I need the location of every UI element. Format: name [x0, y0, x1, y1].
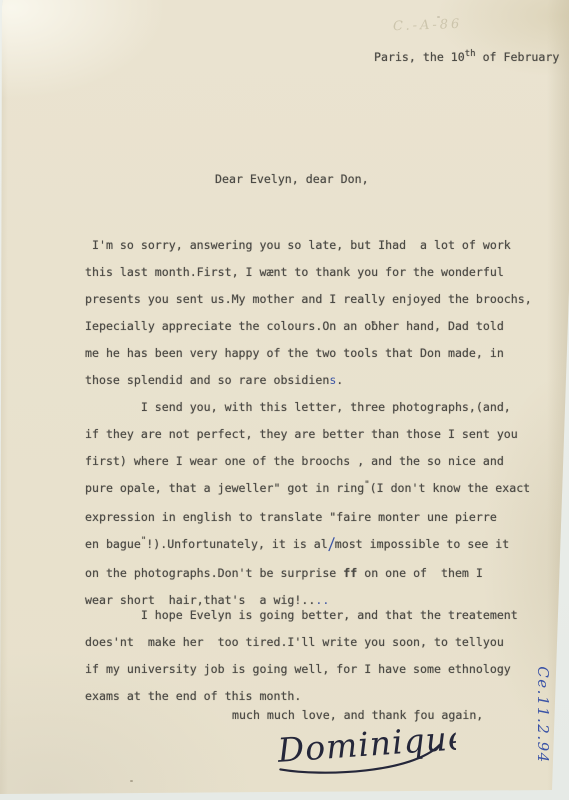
text-line: does'nt make her too tired.I'll write yo…	[85, 629, 518, 656]
text-line: me he has been very happy of the two too…	[85, 340, 532, 367]
text-line: pure opale, that a jeweller" got in ring…	[85, 475, 530, 504]
pencil-annotation: C.-A-86	[393, 17, 463, 34]
paragraph-3: I hope Evelyn is going better, and that …	[85, 602, 518, 710]
text-line: Paris, the 10th of February	[374, 44, 559, 73]
text-line: presents you sent us.My mother and I rea…	[85, 286, 532, 313]
text-line: en bague"!).Unfortunately, it is al/most…	[85, 531, 530, 560]
signature: Dominique	[269, 712, 456, 783]
signature-text: Dominique	[275, 718, 456, 770]
salutation: Dear Evelyn, dear Don,	[215, 166, 369, 193]
text-line: first) where I wear one of the broochs ,…	[85, 448, 530, 475]
text-line: I hope Evelyn is going better, and that …	[85, 602, 518, 629]
dateline: Paris, the 10th of February	[374, 44, 559, 73]
text-line: I send you, with this letter, three phot…	[85, 394, 530, 421]
text-line: expression in english to translate "fair…	[85, 504, 530, 531]
text-line: if my university job is going well, for …	[85, 656, 518, 683]
text-line: Iepecially appreciate the colours.On an …	[85, 313, 532, 340]
text-line: on the photographs.Don't be surprise ff …	[85, 560, 530, 587]
archive-number-annotation: Ce.11.2.94	[532, 655, 552, 775]
text-line: if they are not perfect, they are better…	[85, 421, 530, 448]
paragraph-2: I send you, with this letter, three phot…	[85, 394, 530, 614]
paper-speck	[130, 780, 133, 782]
text-line: I'm so sorry, answering you so late, but…	[85, 232, 532, 259]
paragraph-1: I'm so sorry, answering you so late, but…	[85, 232, 532, 394]
text-line: this last month.First, I wænt to thank y…	[85, 259, 532, 286]
text-line: those splendid and so rare obsidiens.	[85, 367, 532, 394]
